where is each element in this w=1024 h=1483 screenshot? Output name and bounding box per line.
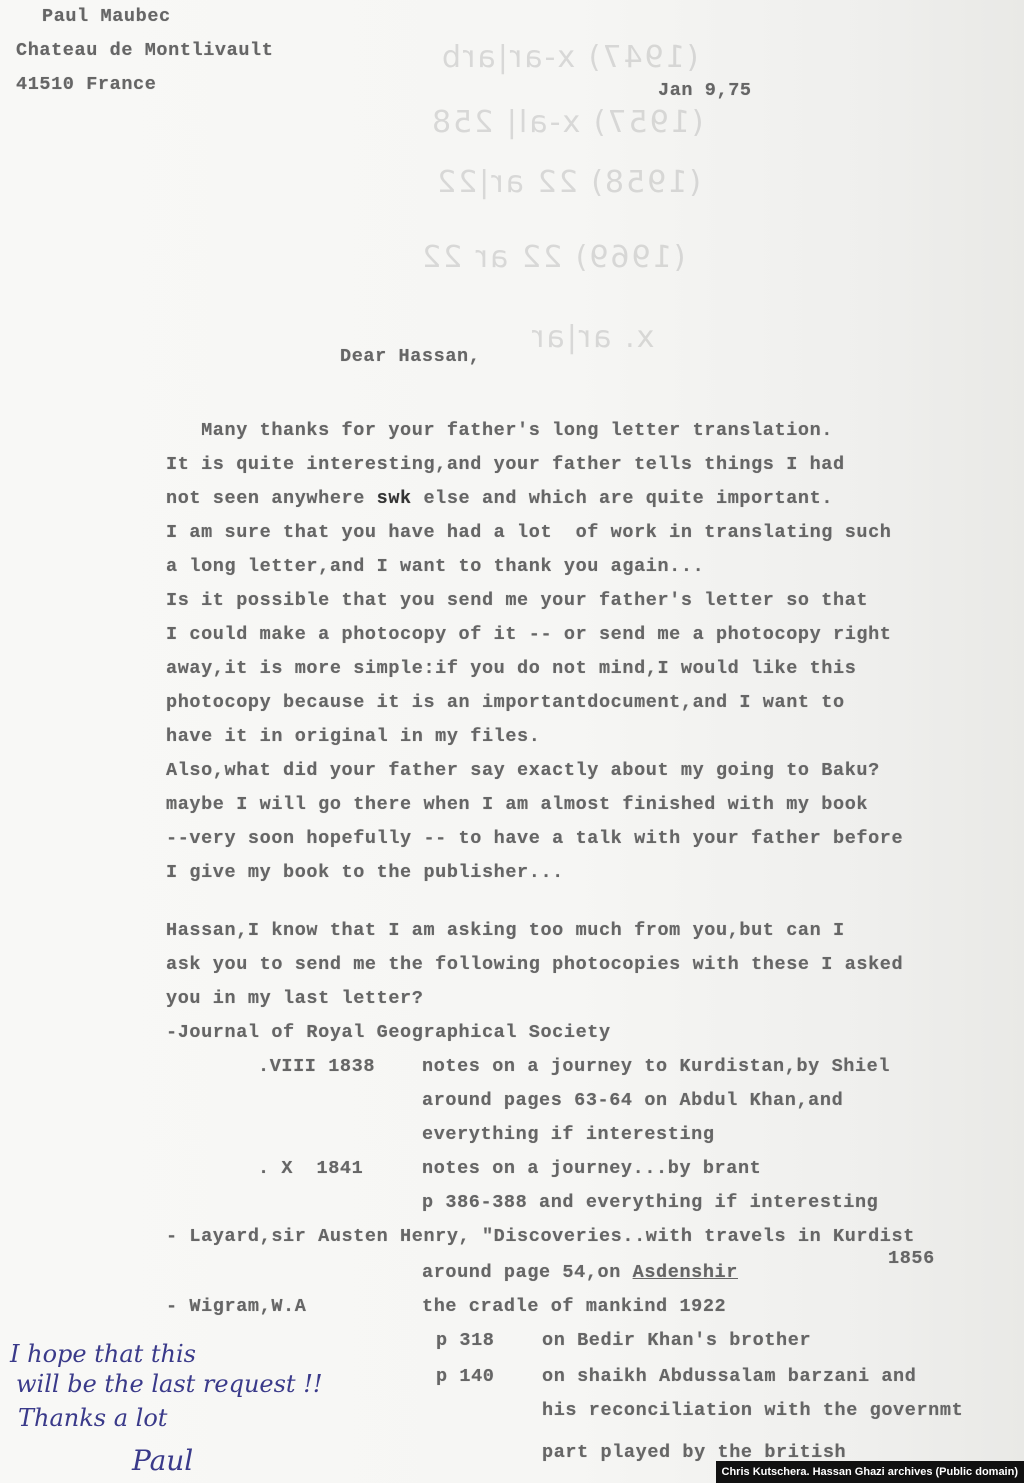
- reference-note: his reconciliation with the governmt: [542, 1400, 963, 1422]
- body-line: you in my last letter?: [166, 988, 423, 1010]
- body-line: ask you to send me the following photoco…: [166, 954, 903, 976]
- body-text: else and which are quite important.: [412, 488, 833, 509]
- reference-note: notes on a journey...by brant: [422, 1158, 761, 1180]
- letter-page: (1947) x-ar|arb (1957) x-al| 258 (1958) …: [0, 0, 1024, 1483]
- handwritten-signature: Paul: [132, 1444, 193, 1477]
- photo-credit: Chris Kutschera. Hassan Ghazi archives (…: [716, 1461, 1024, 1483]
- body-line: Hassan,I know that I am asking too much …: [166, 920, 845, 942]
- letter-date: Jan 9,75: [658, 80, 752, 102]
- body-line: photocopy because it is an importantdocu…: [166, 692, 845, 714]
- reference-author: - Wigram,W.A: [166, 1296, 306, 1318]
- sender-address-line2: 41510 France: [16, 74, 156, 96]
- ghost-mark: (1957) x-al| 258: [430, 105, 704, 140]
- ghost-mark: x. ar|ar: [530, 320, 654, 355]
- reference-note: around pages 63-64 on Abdul Khan,and: [422, 1090, 843, 1112]
- body-line: I give my book to the publisher...: [166, 862, 564, 884]
- ghost-mark: (1969) 22 ar 22: [420, 240, 685, 275]
- reference-note: around page 54,on Asdenshir: [422, 1262, 738, 1284]
- note-text: around page 54,on: [422, 1262, 633, 1283]
- ghost-mark: (1958) 22 ar|22: [435, 165, 701, 200]
- sender-name: Paul Maubec: [42, 6, 171, 28]
- reference-note: on Bedir Khan's brother: [542, 1330, 811, 1352]
- body-line: away,it is more simple:if you do not min…: [166, 658, 856, 680]
- body-line: Is it possible that you send me your fat…: [166, 590, 868, 612]
- reference-volume: .VIII 1838: [258, 1056, 375, 1078]
- body-line: Many thanks for your father's long lette…: [166, 420, 833, 442]
- reference-page: p 318: [436, 1330, 495, 1352]
- body-line: I could make a photocopy of it -- or sen…: [166, 624, 892, 646]
- reference-heading: -Journal of Royal Geographical Society: [166, 1022, 611, 1044]
- sender-address-line1: Chateau de Montlivault: [16, 40, 273, 62]
- reference-note: notes on a journey to Kurdistan,by Shiel: [422, 1056, 890, 1078]
- body-line: a long letter,and I want to thank you ag…: [166, 556, 704, 578]
- handwritten-note-line: Thanks a lot: [18, 1404, 167, 1432]
- reference-year: 1856: [888, 1248, 935, 1270]
- body-line: have it in original in my files.: [166, 726, 540, 748]
- underlined-place: Asdenshir: [633, 1262, 738, 1283]
- reference-volume: . X 1841: [258, 1158, 363, 1180]
- body-text: not seen anywhere: [166, 488, 377, 509]
- body-line: --very soon hopefully -- to have a talk …: [166, 828, 903, 850]
- reference-title: the cradle of mankind 1922: [422, 1296, 726, 1318]
- ghost-mark: (1947) x-ar|arb: [440, 40, 698, 75]
- body-line: I am sure that you have had a lot of wor…: [166, 522, 892, 544]
- reference-note: everything if interesting: [422, 1124, 715, 1146]
- body-line: Also,what did your father say exactly ab…: [166, 760, 880, 782]
- salutation: Dear Hassan,: [340, 346, 480, 368]
- body-line: It is quite interesting,and your father …: [166, 454, 845, 476]
- reference-note: on shaikh Abdussalam barzani and: [542, 1366, 916, 1388]
- struck-word: swk: [377, 488, 412, 509]
- body-line: not seen anywhere swk else and which are…: [166, 488, 833, 510]
- handwritten-note-line: I hope that this: [10, 1340, 196, 1368]
- reference-author: - Layard,sir Austen Henry, "Discoveries.…: [166, 1226, 915, 1248]
- reference-note: p 386-388 and everything if interesting: [422, 1192, 878, 1214]
- body-line: maybe I will go there when I am almost f…: [166, 794, 868, 816]
- reference-page: p 140: [436, 1366, 495, 1388]
- handwritten-note-line: will be the last request !!: [16, 1370, 322, 1398]
